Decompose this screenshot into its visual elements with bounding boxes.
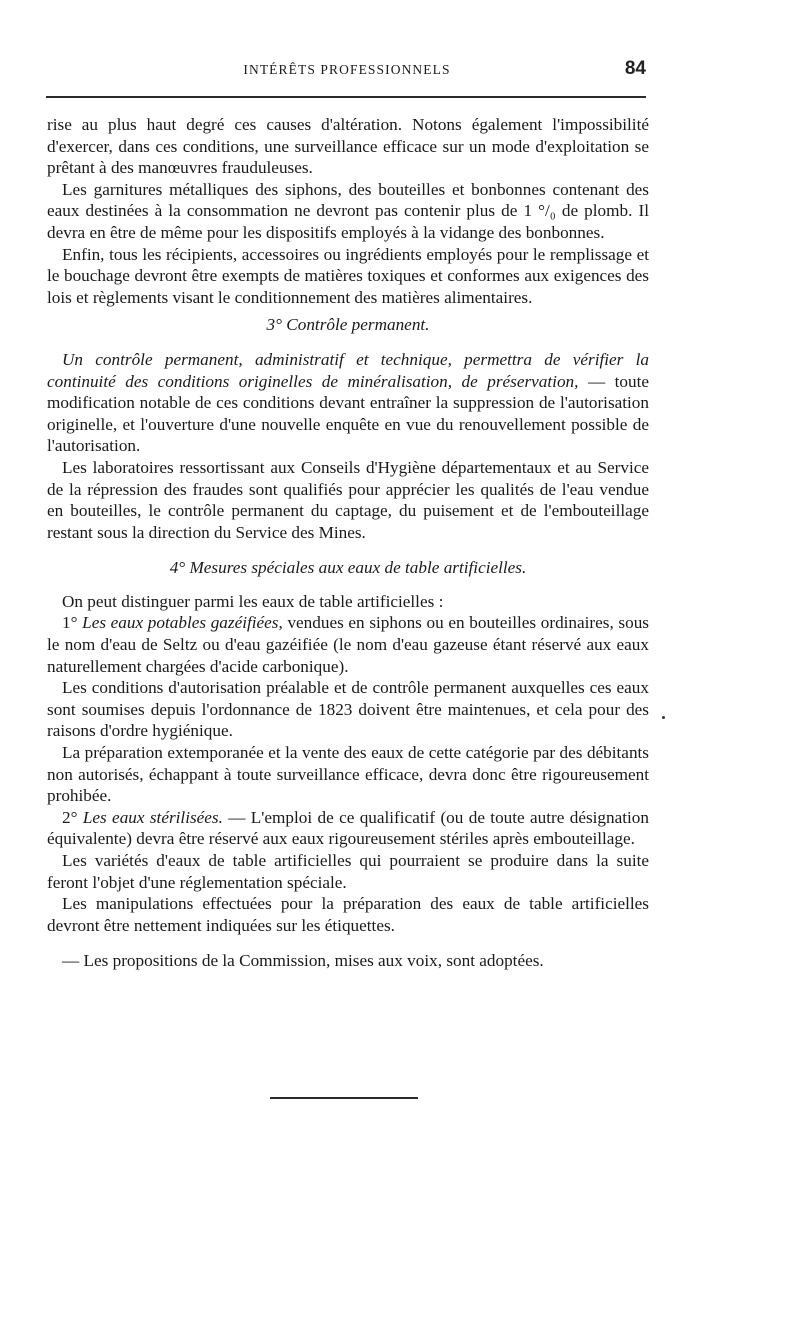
italic-term: Les eaux stérilisées. xyxy=(83,808,223,827)
running-title: INTÉRÊTS PROFESSIONNELS xyxy=(46,62,648,78)
paragraph-metal-fittings: Les garnitures métalliques des siphons, … xyxy=(47,179,649,244)
paragraph-adoption: — Les propositions de la Commission, mis… xyxy=(47,950,649,972)
document-page: INTÉRÊTS PROFESSIONNELS 84 rise au plus … xyxy=(0,0,800,1322)
italic-term: Les eaux potables gazéifiées xyxy=(82,613,278,632)
paragraph-manipulations: Les manipulations effectuées pour la pré… xyxy=(47,893,649,936)
paragraph-containers: Enfin, tous les récipients, accessoires … xyxy=(47,244,649,309)
paragraph-varietes: Les variétés d'eaux de table artificiell… xyxy=(47,850,649,893)
end-rule xyxy=(270,1097,418,1099)
page-number: 84 xyxy=(625,58,646,80)
paragraph-preparation: La préparation extemporanée et la vente … xyxy=(47,742,649,807)
section-heading-mesures-speciales: 4° Mesures spéciales aux eaux de table a… xyxy=(47,557,649,579)
section-heading-controle-permanent: 3° Contrôle permanent. xyxy=(47,314,649,336)
paragraph-distinguer: On peut distinguer parmi les eaux de tab… xyxy=(47,591,649,613)
item-number: 1° xyxy=(62,613,82,632)
paragraph-eaux-gazeifiees: 1° Les eaux potables gazéifiées, vendues… xyxy=(47,612,649,677)
paragraph-autorisation: Les conditions d'autorisation préalable … xyxy=(47,677,649,742)
scan-speck xyxy=(662,716,665,719)
body-text: rise au plus haut degré ces causes d'alt… xyxy=(47,114,649,972)
header-rule xyxy=(46,96,646,98)
paragraph-eaux-sterilisees: 2° Les eaux stérilisées. — L'emploi de c… xyxy=(47,807,649,850)
paragraph-laboratoires: Les laboratoires ressortissant aux Conse… xyxy=(47,457,649,543)
italic-text: Un contrôle permanent, administratif et … xyxy=(47,350,649,391)
paragraph-continuation: rise au plus haut degré ces causes d'alt… xyxy=(47,114,649,179)
paragraph-controle: Un contrôle permanent, administratif et … xyxy=(47,349,649,457)
item-number: 2° xyxy=(62,808,83,827)
running-header: INTÉRÊTS PROFESSIONNELS 84 xyxy=(46,62,648,84)
spacer xyxy=(47,936,649,950)
